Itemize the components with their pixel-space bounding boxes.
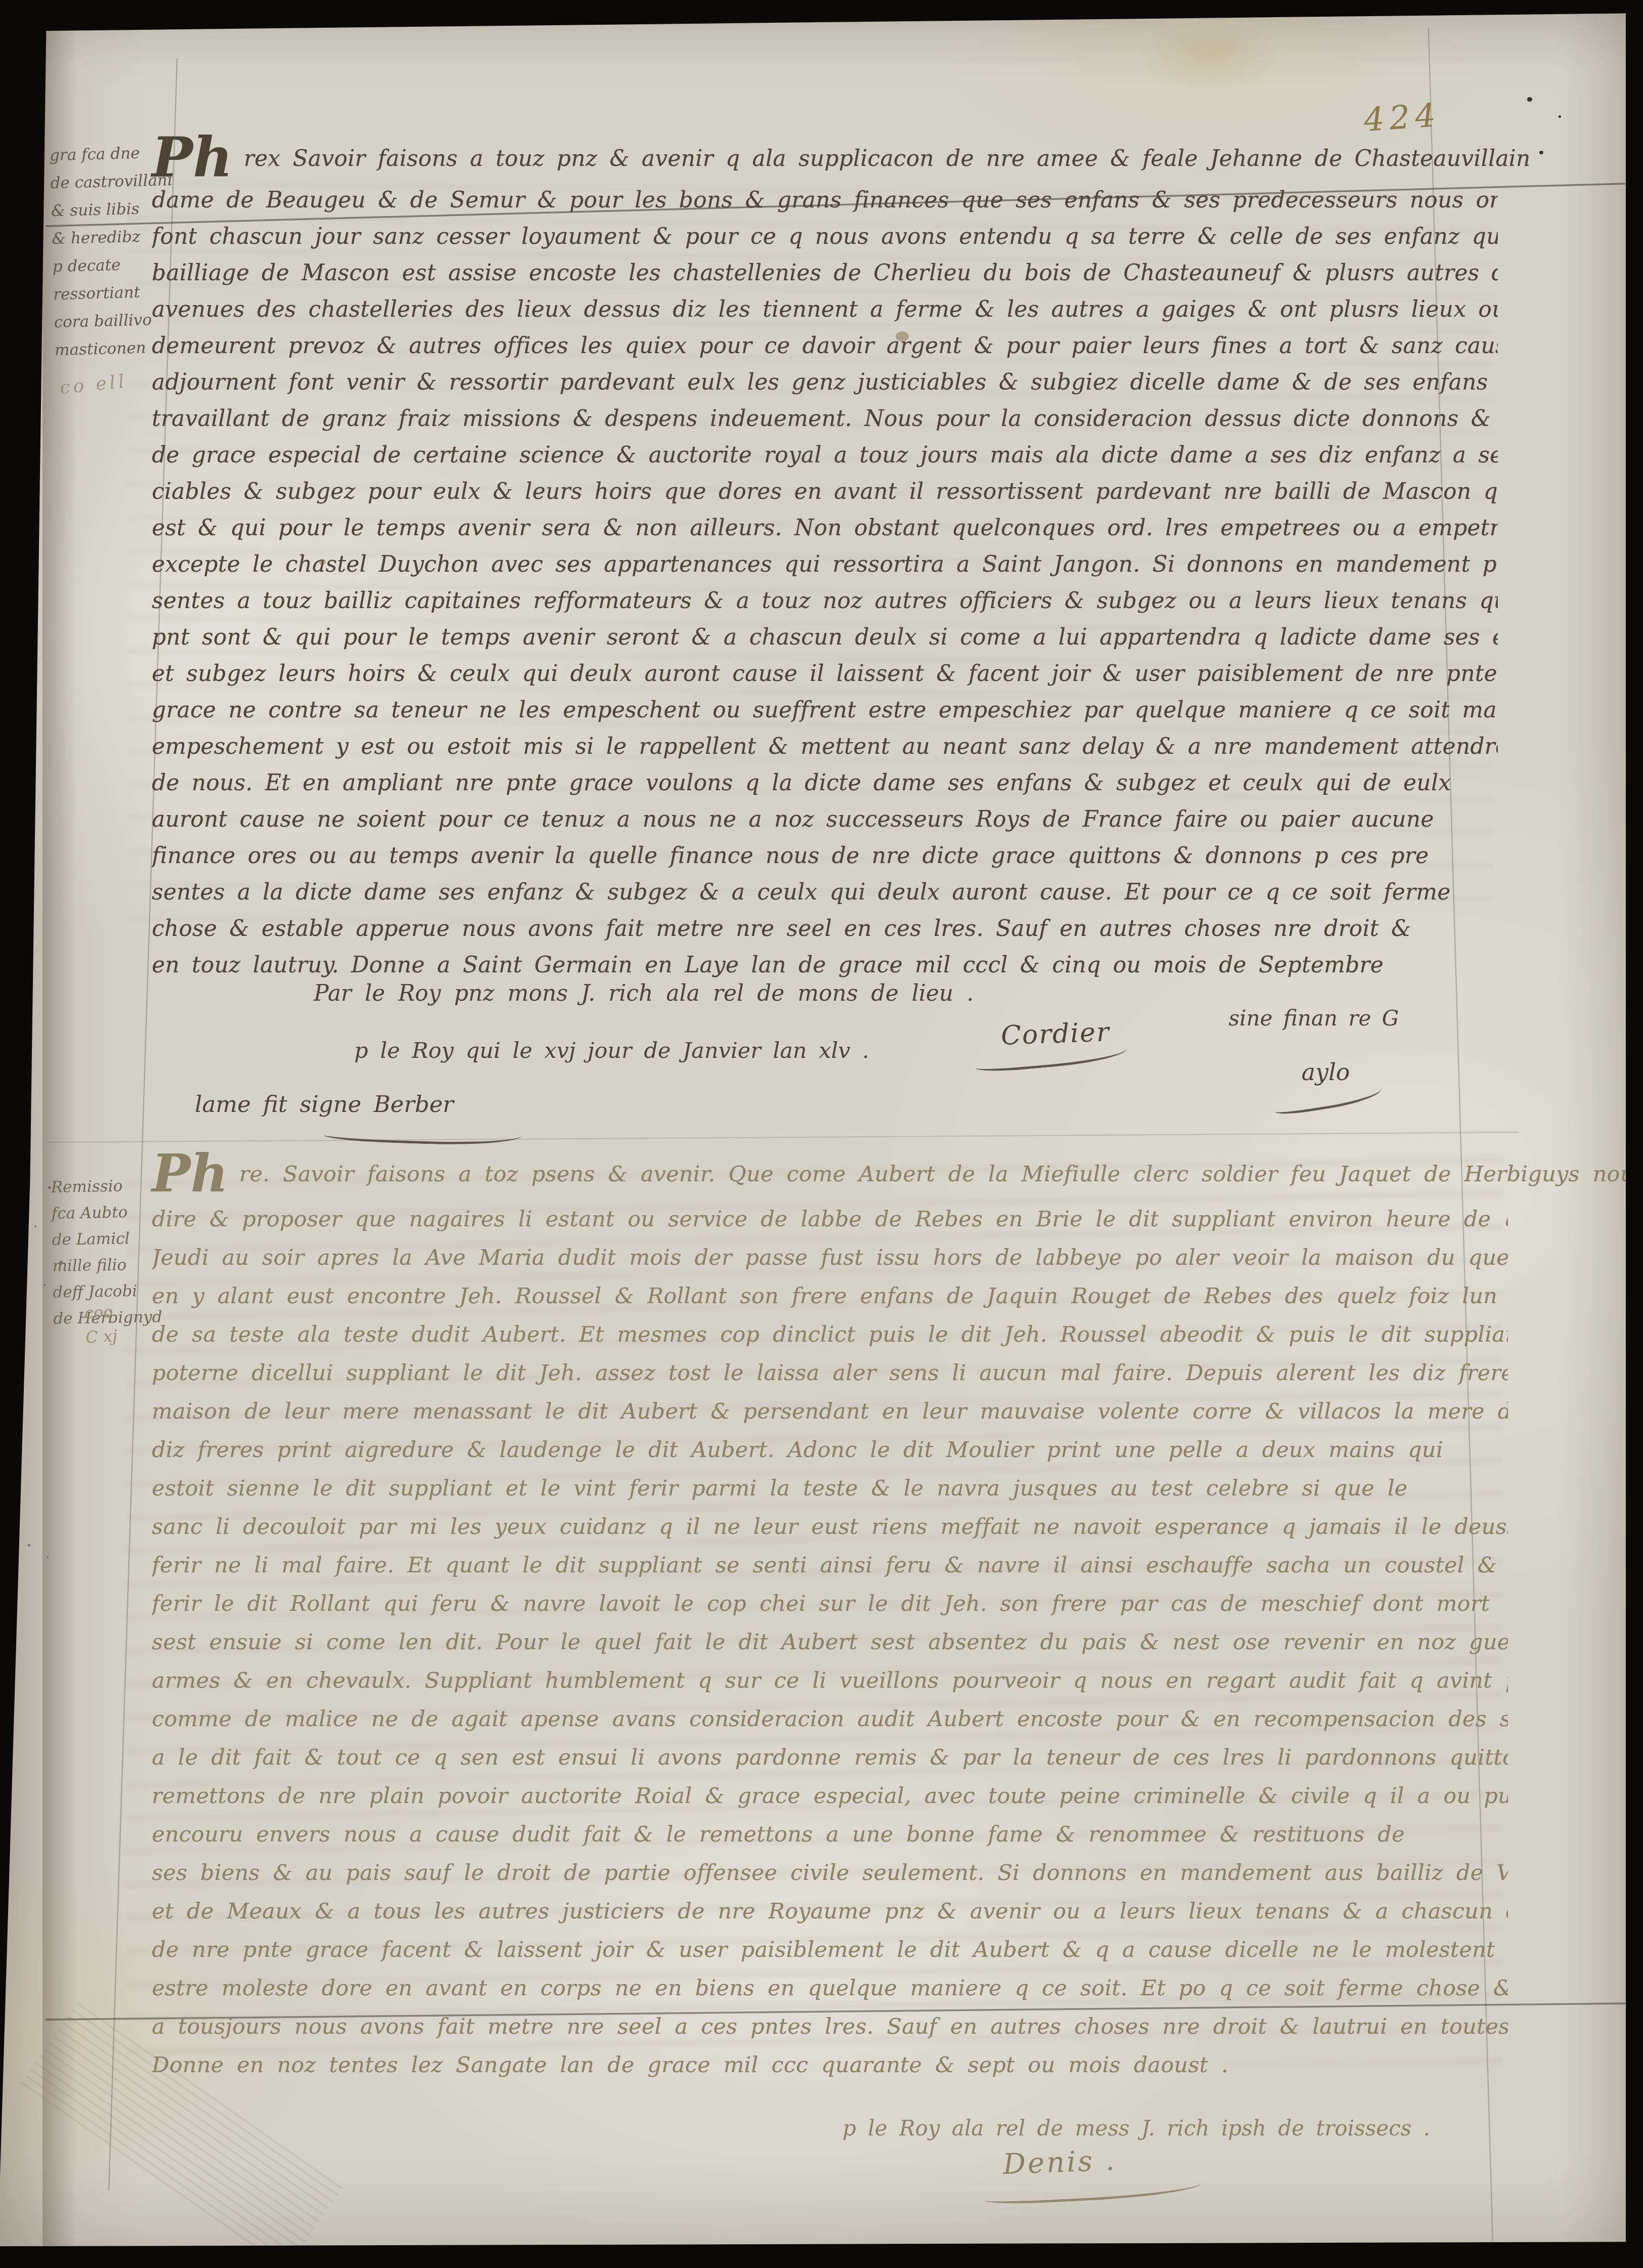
- manuscript-line: a le dit fait & tout ce q sen est ensui …: [152, 1738, 1508, 1777]
- manuscript-line: de grace especial de certaine science & …: [152, 437, 1498, 474]
- manuscript-line: poterne dicellui suppliant le dit Jeh. a…: [152, 1354, 1508, 1392]
- manuscript-line: Donne en noz tentes lez Sangate lan de g…: [152, 2046, 1508, 2084]
- manuscript-line: Jeudi au soir apres la Ave Maria dudit m…: [152, 1238, 1508, 1277]
- manuscript-line: armes & en chevaulx. Suppliant humblemen…: [152, 1661, 1508, 1700]
- manuscript-line: ferir ne li mal faire. Et quant le dit s…: [152, 1546, 1508, 1585]
- manuscript-line: en touz lautruy. Donne a Saint Germain e…: [152, 947, 1498, 983]
- parchment-stain: [896, 331, 909, 341]
- parchment-stain: [319, 559, 326, 565]
- entry-1-endorsement-line: Par le Roy pnz mons J. rich ala rel de m…: [314, 980, 974, 1006]
- manuscript-line: travaillant de granz fraiz missions & de…: [152, 401, 1498, 437]
- ink-speck: [1558, 115, 1561, 118]
- manuscript-line: de nre pnte grace facent & laissent joir…: [152, 1931, 1508, 1969]
- signature-denis: Denis .: [1002, 2144, 1117, 2181]
- entry-2-first-line-row: Phre. Savoir faisons a toz psens & aveni…: [152, 1162, 1508, 1200]
- manuscript-line: a tousjours nous avons fait metre nre se…: [152, 2007, 1508, 2046]
- manuscript-line: font chascun jour sanz cesser loyaument …: [152, 219, 1498, 255]
- collation-mark-line: coo: [84, 1299, 117, 1325]
- entry-1-first-line: rex Savoir faisons a touz pnz & avenir q…: [244, 146, 1531, 172]
- manuscript-line: et subgez leurs hoirs & ceulx qui deulx …: [152, 656, 1498, 692]
- entry-2-endorsement-line: p le Roy ala rel de mess J. rich ipsh de…: [842, 2116, 1430, 2141]
- manuscript-line: en y alant eust encontre Jeh. Roussel & …: [152, 1277, 1508, 1315]
- ink-speck: [60, 1261, 63, 1264]
- folio-number: 424: [1363, 97, 1442, 139]
- entry-1-body-lines: dame de Beaugeu & de Semur & pour les bo…: [152, 182, 1498, 983]
- entry-2-body-lines: dire & proposer que nagaires li estant o…: [152, 1200, 1508, 2084]
- ink-speck: [48, 1186, 51, 1189]
- manuscript-line: dire & proposer que nagaires li estant o…: [152, 1200, 1508, 1238]
- ink-speck: [28, 1544, 30, 1547]
- manuscript-line: sentes a touz bailliz capitaines refform…: [152, 583, 1498, 619]
- manuscript-line: estre moleste dore en avant en corps ne …: [152, 1969, 1508, 2007]
- entry-1-first-line-row: Phrex Savoir faisons a touz pnz & avenir…: [152, 146, 1498, 182]
- manuscript-line: demeurent prevoz & autres offices les qu…: [152, 328, 1498, 364]
- ruling-line-separator: [46, 1132, 1518, 1142]
- manuscript-line: comme de malice ne de agait apense avans…: [152, 1700, 1508, 1738]
- manuscript-line: chose & estable apperue nous avons fait …: [152, 911, 1498, 947]
- manuscript-line: maison de leur mere menassant le dit Aub…: [152, 1392, 1508, 1431]
- manuscript-line: et de Meaux & a tous les autres justicie…: [152, 1892, 1508, 1931]
- manuscript-line: auront cause ne soient pour ce tenuz a n…: [152, 801, 1498, 838]
- manuscript-line: estoit sienne le dit suppliant et le vin…: [152, 1469, 1508, 1508]
- manuscript-line: adjournent font venir & ressortir pardev…: [152, 364, 1498, 401]
- manuscript-line: sest ensuie si come len dit. Pour le que…: [152, 1623, 1508, 1661]
- manuscript-line: sentes a la dicte dame ses enfanz & subg…: [152, 874, 1498, 911]
- manuscript-line: empeschement y est ou estoit mis si le r…: [152, 729, 1498, 765]
- manuscript-line: ses biens & au pais sauf le droit de par…: [152, 1854, 1508, 1892]
- ink-speck: [47, 1556, 49, 1558]
- ink-speck: [44, 1284, 46, 1286]
- parchment-stain: [1139, 15, 1280, 91]
- manuscript-line: pnt sont & qui pour le temps avenir sero…: [152, 619, 1498, 656]
- manuscript-line: ciables & subgez pour eulx & leurs hoirs…: [152, 474, 1498, 510]
- manuscript-line: bailliage de Mascon est assise encoste l…: [152, 255, 1498, 291]
- manuscript-line: diz freres print aigredure & laudenge le…: [152, 1431, 1508, 1469]
- manuscript-line: de sa teste ala teste dudit Aubert. Et m…: [152, 1315, 1508, 1354]
- entry-2-first-line: re. Savoir faisons a toz psens & avenir.…: [239, 1162, 1643, 1187]
- ink-speck: [1527, 97, 1532, 102]
- manuscript-line: excepte le chastel Duychon avec ses appa…: [152, 546, 1498, 583]
- manuscript-line: ferir le dit Rollant qui feru & navre la…: [152, 1585, 1508, 1623]
- manuscript-line: sanc li decouloit par mi les yeux cuidan…: [152, 1508, 1508, 1546]
- manuscript-line: de nous. Et en ampliant nre pnte grace v…: [152, 765, 1498, 801]
- ink-speck: [34, 1225, 36, 1227]
- entry-2-remission: Phre. Savoir faisons a toz psens & aveni…: [152, 1162, 1508, 2084]
- scan-border-right: [1626, 0, 1643, 2268]
- manuscript-line: est & qui pour le temps avenir sera & no…: [152, 510, 1498, 546]
- manuscript-line: remettons de nre plain povoir auctorite …: [152, 1777, 1508, 1815]
- manuscript-line: grace ne contre sa teneur ne les empesch…: [152, 692, 1498, 729]
- manuscript-line: encouru envers nous a cause dudit fait &…: [152, 1815, 1508, 1854]
- manuscript-line: finance ores ou au temps avenir la quell…: [152, 838, 1498, 874]
- collation-mark-2: cooC xj: [84, 1299, 118, 1349]
- entry-1-charter: Phrex Savoir faisons a touz pnz & avenir…: [152, 146, 1498, 983]
- manuscript-line: dame de Beaugeu & de Semur & pour les bo…: [152, 182, 1498, 219]
- manuscript-scan: 424 gra fca dnede castrovillani& suis li…: [0, 0, 1643, 2268]
- ink-speck: [1539, 151, 1543, 154]
- collation-mark-line: C xj: [85, 1323, 118, 1349]
- entry-2-initial: Ph: [152, 1159, 228, 1189]
- manuscript-line: avenues des chastelleries des lieux dess…: [152, 291, 1498, 328]
- entry-1-initial: Ph: [152, 143, 233, 173]
